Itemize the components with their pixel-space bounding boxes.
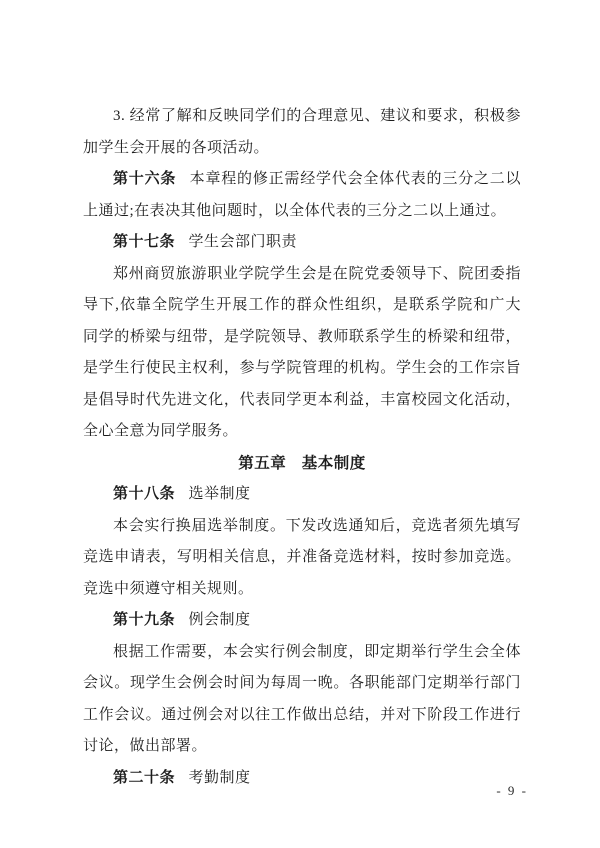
paragraph: 3. 经常了解和反映同学们的合理意见、建议和要求，积极参加学生会开展的各项活动。 bbox=[83, 101, 521, 164]
article-label: 第二十条 bbox=[113, 770, 175, 786]
paragraph-text: 选举制度 bbox=[189, 486, 251, 502]
chapter-title: 基本制度 bbox=[302, 455, 366, 472]
paragraph: 第十六条本章程的修正需经学代会全体代表的三分之二以上通过;在表决其他问题时，以全… bbox=[83, 164, 521, 227]
article-label: 第十八条 bbox=[113, 486, 175, 502]
article-label: 第十六条 bbox=[113, 171, 176, 187]
paragraph-text: 郑州商贸旅游职业学院学生会是在院党委领导下、院团委指导下,依靠全院学生开展工作的… bbox=[83, 266, 521, 440]
chapter-number: 第五章 bbox=[238, 455, 286, 472]
paragraph-text: 根据工作需要，本会实行例会制度，即定期举行学生会全体会议。现学生会例会时间为每周… bbox=[83, 644, 521, 755]
document-body: 3. 经常了解和反映同学们的合理意见、建议和要求，积极参加学生会开展的各项活动。… bbox=[83, 101, 521, 794]
paragraph-text: 考勤制度 bbox=[189, 770, 251, 786]
paragraph-text: 学生会部门职责 bbox=[189, 234, 298, 250]
paragraph-text: 3. 经常了解和反映同学们的合理意见、建议和要求，积极参加学生会开展的各项活动。 bbox=[83, 108, 521, 156]
paragraph: 本会实行换届选举制度。下发改选通知后，竞选者须先填写竞选申请表，写明相关信息，并… bbox=[83, 511, 521, 606]
article-label: 第十七条 bbox=[113, 234, 175, 250]
paragraph: 根据工作需要，本会实行例会制度，即定期举行学生会全体会议。现学生会例会时间为每周… bbox=[83, 637, 521, 763]
paragraph-text: 例会制度 bbox=[189, 612, 251, 628]
document-page: 3. 经常了解和反映同学们的合理意见、建议和要求，积极参加学生会开展的各项活动。… bbox=[0, 0, 600, 848]
article-label: 第十九条 bbox=[113, 612, 175, 628]
paragraph: 郑州商贸旅游职业学院学生会是在院党委领导下、院团委指导下,依靠全院学生开展工作的… bbox=[83, 259, 521, 448]
paragraph: 第二十条考勤制度 bbox=[83, 763, 521, 795]
paragraph: 第十九条例会制度 bbox=[83, 605, 521, 637]
paragraph: 第十八条选举制度 bbox=[83, 479, 521, 511]
paragraph: 第十七条学生会部门职责 bbox=[83, 227, 521, 259]
chapter-heading: 第五章基本制度 bbox=[83, 448, 521, 480]
page-number: - 9 - bbox=[496, 783, 528, 799]
paragraph-text: 本会实行换届选举制度。下发改选通知后，竞选者须先填写竞选申请表，写明相关信息，并… bbox=[83, 518, 521, 597]
